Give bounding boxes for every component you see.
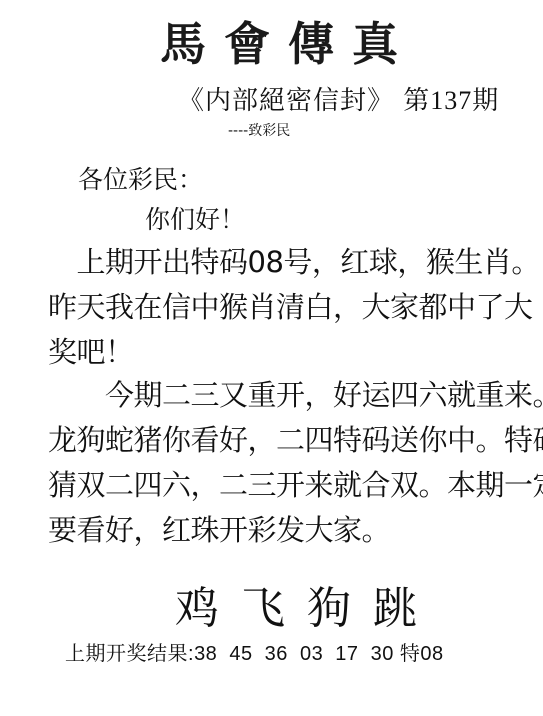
subtitle-row: 《内部絕密信封》 第137期 [178, 80, 499, 117]
last-result: 上期开奖结果:38 45 36 03 17 30 特08 [65, 637, 444, 666]
letter-line: 昨天我在信中猴肖清白，大家都中了大 [48, 285, 533, 326]
letter-line: 今期二三又重开，好运四六就重来。 [48, 373, 543, 414]
signature: ----致彩民 [228, 120, 290, 140]
last-result-numbers: 38 45 36 03 17 30 [194, 643, 394, 665]
letter-line: 上期开出特码08号，红球，猴生肖。 [48, 240, 540, 281]
letter-line: 要看好，红珠开彩发大家。 [48, 508, 390, 549]
page-title: 馬會傳真 [160, 8, 416, 74]
salutation: 各位彩民： [78, 160, 203, 196]
slogan: 鸡飞狗跳 [175, 572, 439, 636]
last-result-special: 特08 [400, 643, 444, 665]
letter-line: 龙狗蛇猪你看好，二四特码送你中。特码 [48, 418, 543, 459]
letter-line: 奖吧！ [48, 330, 134, 371]
subtitle: 《内部絕密信封》 [178, 86, 394, 116]
last-result-label: 上期开奖结果: [65, 643, 194, 665]
letter-line: 猜双二四六，二三开来就合双。本期一定 [48, 463, 543, 504]
greeting: 你们好！ [145, 200, 245, 236]
issue-number: 第137期 [403, 86, 499, 115]
